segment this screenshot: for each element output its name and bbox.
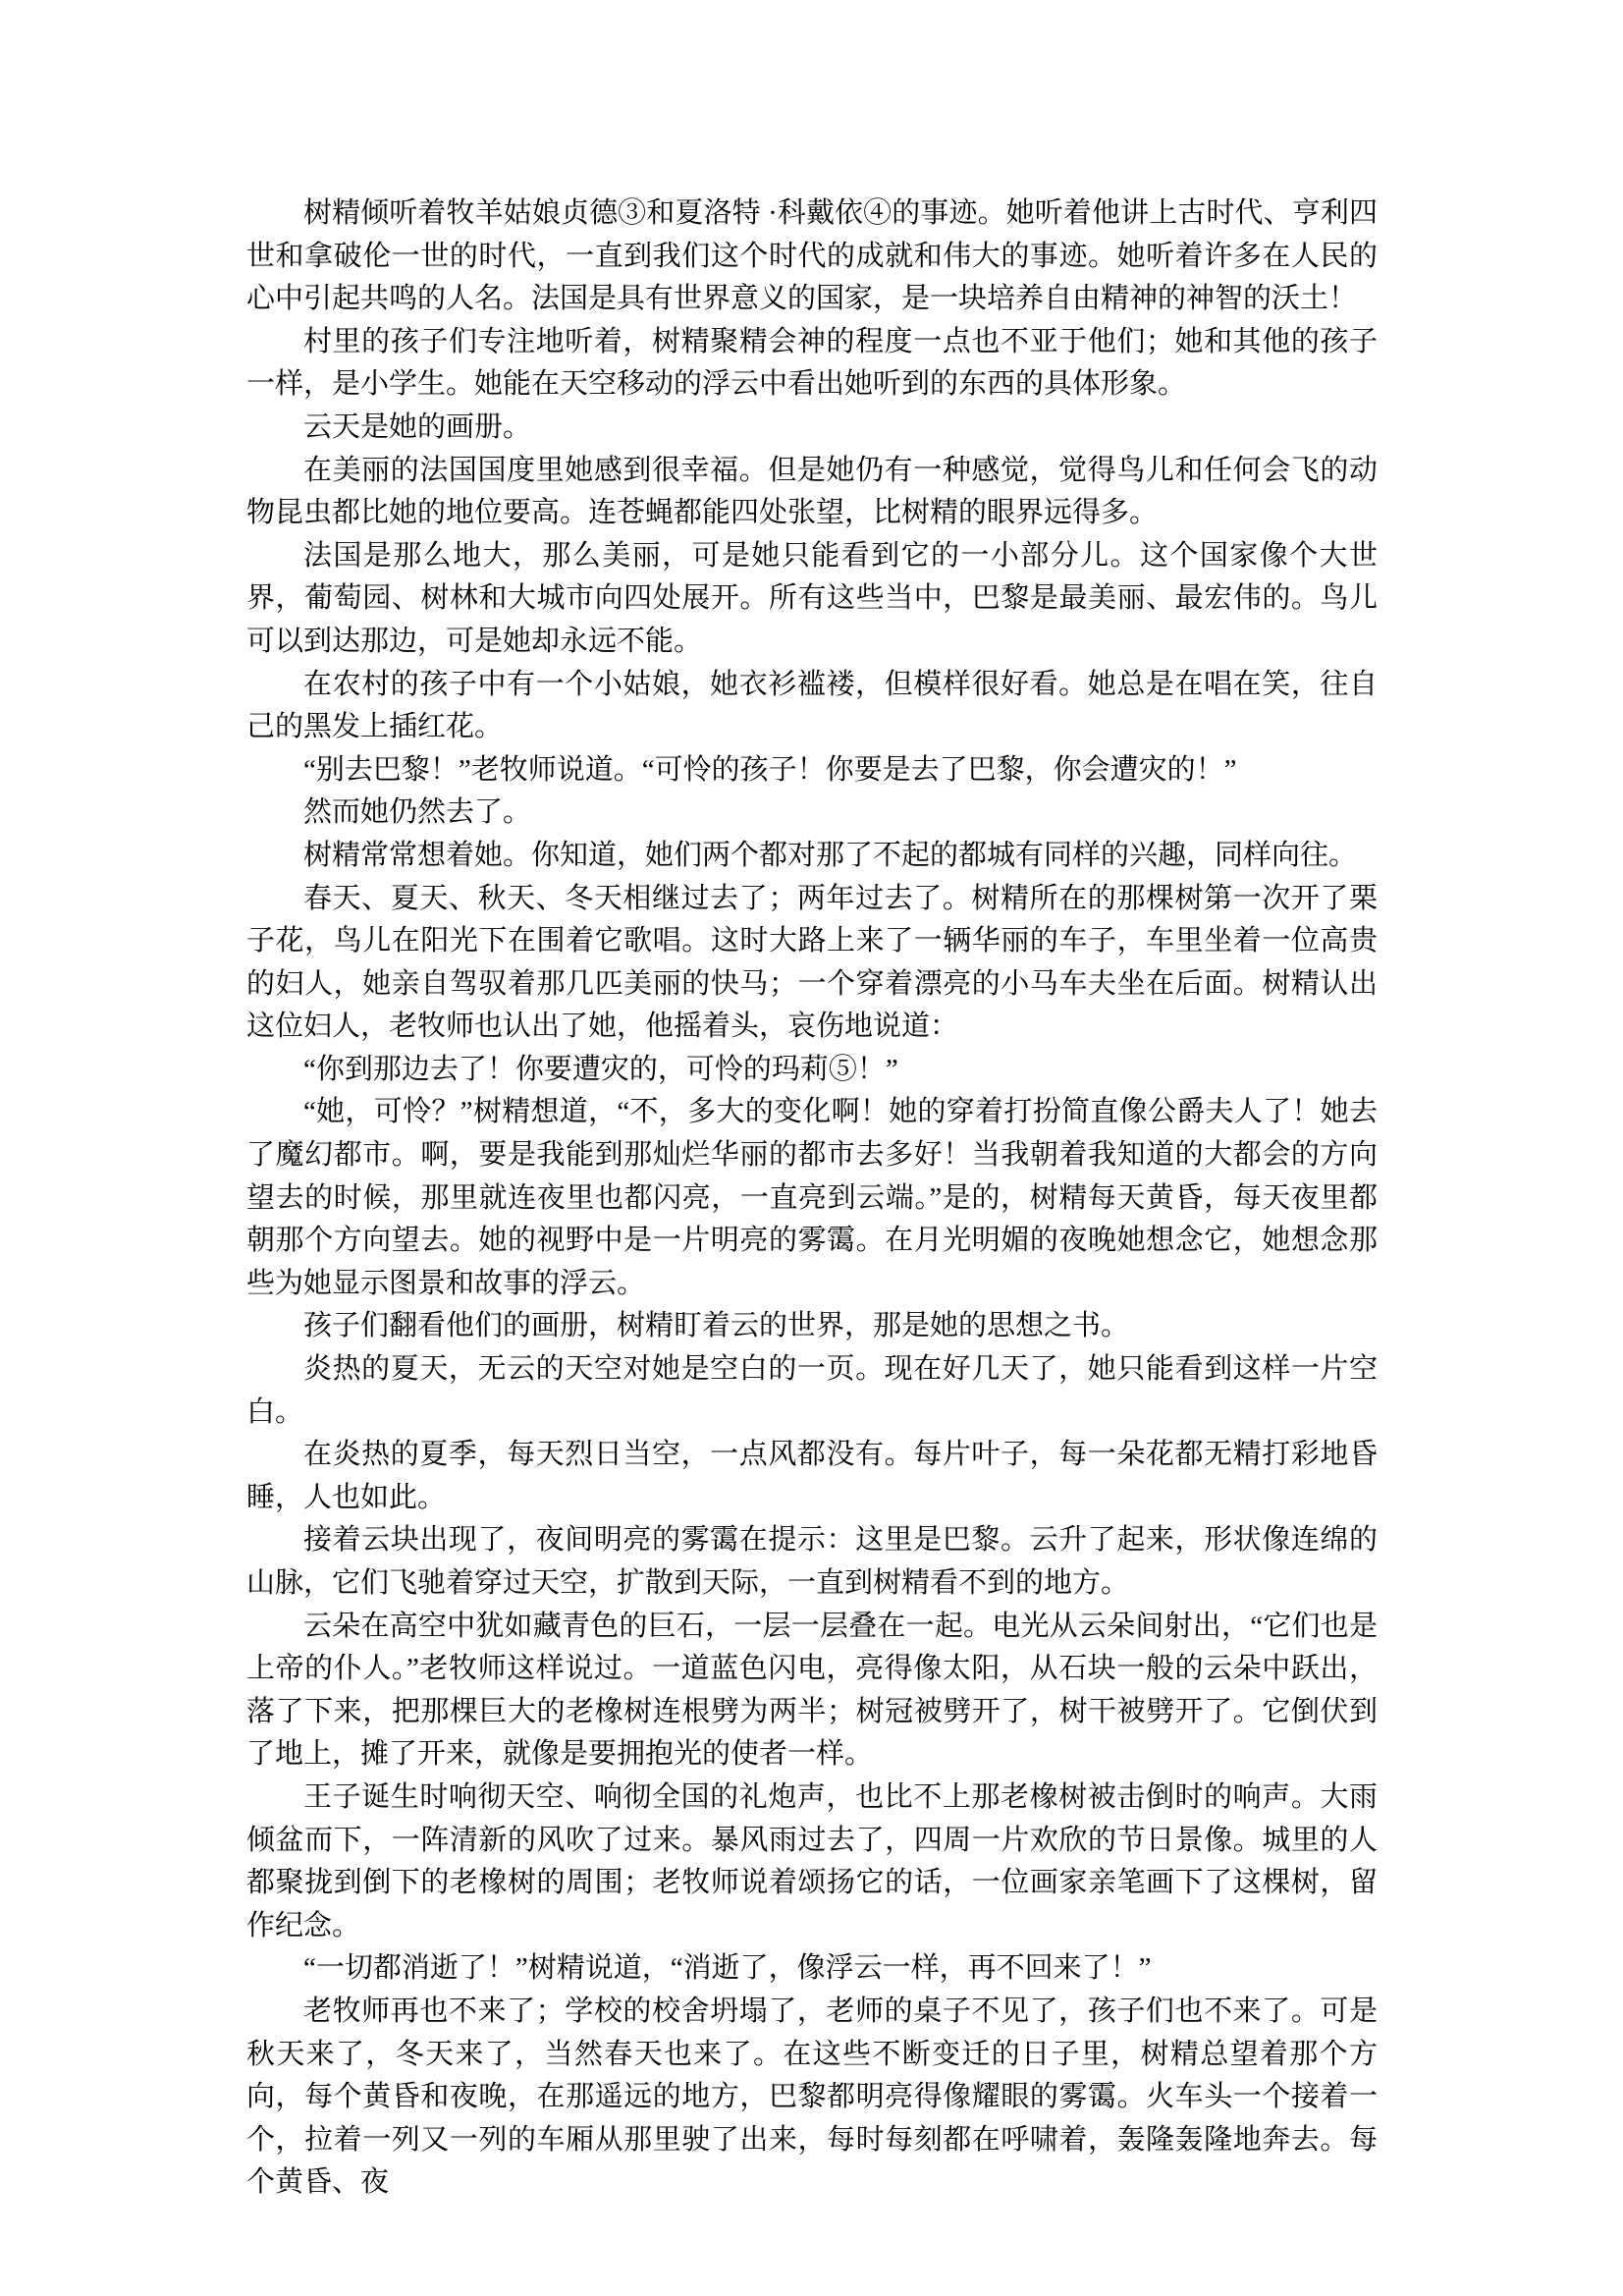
paragraph: 接着云块出现了，夜间明亮的雾霭在提示：这里是巴黎。云升了起来，形状像连绵的山脉，… [246,1519,1378,1605]
paragraph: 王子诞生时响彻天空、响彻全国的礼炮声，也比不上那老橡树被击倒时的响声。大雨倾盆而… [246,1777,1378,1947]
paragraph: 炎热的夏天，无云的天空对她是空白的一页。现在好几天了，她只能看到这样一片空白。 [246,1348,1378,1434]
paragraph: 树精常常想着她。你知道，她们两个都对那了不起的都城有同样的兴趣，同样向往。 [246,835,1378,878]
paragraph: “别去巴黎！”老牧师说道。“可怜的孩子！你要是去了巴黎，你会遭灾的！” [246,749,1378,793]
paragraph: 树精倾听着牧羊姑娘贞德③和夏洛特 ·科戴依④的事迹。她听着他讲上古时代、亨利四世… [246,192,1378,321]
paragraph: “你到那边去了！你要遭灾的，可怜的玛莉⑤！” [246,1049,1378,1092]
paragraph: 然而她仍然去了。 [246,792,1378,835]
paragraph: 在美丽的法国国度里她感到很幸福。但是她仍有一种感觉，觉得鸟儿和任何会飞的动物昆虫… [246,450,1378,535]
paragraph: 法国是那么地大，那么美丽，可是她只能看到它的一小部分儿。这个国家像个大世界，葡萄… [246,535,1378,664]
article-text: 树精倾听着牧羊姑娘贞德③和夏洛特 ·科戴依④的事迹。她听着他讲上古时代、亨利四世… [246,192,1378,2205]
document-page: 树精倾听着牧羊姑娘贞德③和夏洛特 ·科戴依④的事迹。她听着他讲上古时代、亨利四世… [0,0,1623,2296]
paragraph: “她，可怜？”树精想道，“不，多大的变化啊！她的穿着打扮简直像公爵夫人了！她去了… [246,1091,1378,1305]
paragraph: 孩子们翻看他们的画册，树精盯着云的世界，那是她的思想之书。 [246,1305,1378,1348]
paragraph: 在农村的孩子中有一个小姑娘，她衣衫褴褛，但模样很好看。她总是在唱在笑，往自己的黑… [246,664,1378,749]
paragraph: 云朵在高空中犹如藏青色的巨石，一层一层叠在一起。电光从云朵间射出，“它们也是上帝… [246,1606,1378,1777]
paragraph: “一切都消逝了！”树精说道，“消逝了，像浮云一样，再不回来了！” [246,1947,1378,1991]
paragraph: 在炎热的夏季，每天烈日当空，一点风都没有。每片叶子，每一朵花都无精打彩地昏睡，人… [246,1434,1378,1519]
paragraph: 春天、夏天、秋天、冬天相继过去了；两年过去了。树精所在的那棵树第一次开了栗子花，… [246,878,1378,1049]
paragraph: 村里的孩子们专注地听着，树精聚精会神的程度一点也不亚于他们；她和其他的孩子一样，… [246,321,1378,407]
paragraph: 老牧师再也不来了；学校的校舍坍塌了，老师的桌子不见了，孩子们也不来了。可是秋天来… [246,1991,1378,2205]
paragraph: 云天是她的画册。 [246,407,1378,450]
